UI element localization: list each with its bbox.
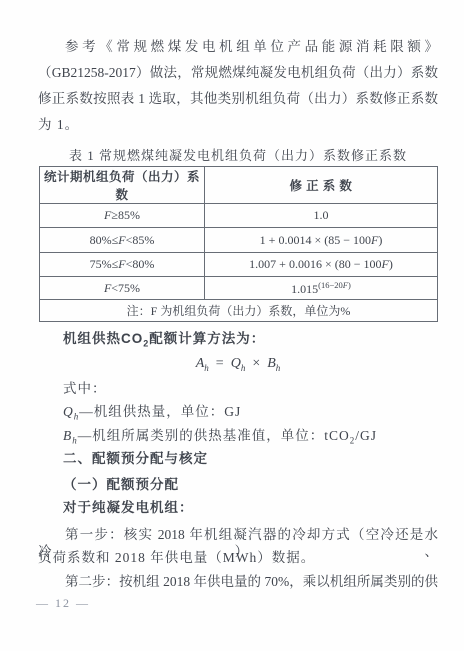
- para1-line4: 为 1。: [38, 116, 438, 133]
- condition-text: <75%: [111, 281, 140, 295]
- formula-A-sub: h: [204, 363, 209, 373]
- f-variable: F: [118, 233, 125, 247]
- formula-Q: Q: [231, 356, 241, 371]
- exponent-text: (16−20: [318, 280, 343, 290]
- page-number: — 12 —: [36, 596, 90, 611]
- condition-cell: 75%≤F<80%: [40, 253, 205, 277]
- q-definition: Qh—机组供热量，单位：GJ: [38, 403, 438, 426]
- para1-line2: （GB21258-2017）做法，常规燃煤纯凝发电机组负荷（出力）系数: [38, 64, 438, 81]
- condition-text: <85%: [126, 233, 155, 247]
- table-header-col1: 统计期机组负荷（出力）系数: [40, 167, 205, 204]
- b-definition: Bh—机组所属类别的供热基准值，单位：tCO2/GJ: [38, 427, 438, 450]
- table-row: 75%≤F<80% 1.007 + 0.0016 × (80 − 100F): [40, 253, 438, 277]
- table-row: 80%≤F<85% 1 + 0.0014 × (85 − 100F): [40, 228, 438, 253]
- document-page: 参考《常规燃煤发电机组单位产品能源消耗限额》 （GB21258-2017）做法，…: [0, 0, 464, 651]
- value-text: 1.015: [291, 282, 318, 296]
- correction-factor-table: 统计期机组负荷（出力）系数 修 正 系 数 F≥85% 1.0 80%≤F<85…: [39, 166, 438, 322]
- where-label: 式中：: [38, 380, 438, 397]
- q-symbol: Q: [63, 404, 74, 419]
- q-definition-text: —机组供热量，单位：GJ: [79, 404, 241, 419]
- formula-Q-sub: h: [241, 363, 246, 373]
- heat-formula-heading: 机组供热CO2配额计算方法为：: [38, 330, 438, 353]
- b-definition-text: —机组所属类别的供热基准值，单位：tCO: [78, 428, 350, 443]
- formula-B: B: [267, 356, 276, 371]
- table-note-row: 注：F 为机组负荷（出力）系数，单位为%: [40, 300, 438, 322]
- f-variable: F: [381, 257, 388, 271]
- equals-sign: =: [216, 356, 224, 371]
- heat-allowance-formula: Ah=Qh×Bh: [38, 356, 438, 373]
- section2-sub-heading: （一）配额预分配: [38, 476, 438, 493]
- value-text: ): [378, 233, 382, 247]
- b-definition-unit: /GJ: [355, 428, 377, 443]
- f-variable: F: [118, 257, 125, 271]
- condition-text: ≥85%: [111, 208, 140, 222]
- exponent: (16−20F): [318, 280, 351, 290]
- formula-A: A: [196, 356, 205, 371]
- section2-heading: 二、配额预分配与核定: [38, 450, 438, 467]
- table-note-cell: 注：F 为机组负荷（出力）系数，单位为%: [40, 300, 438, 322]
- condition-text: 75%≤: [90, 257, 119, 271]
- para1-line1: 参考《常规燃煤发电机组单位产品能源消耗限额》: [38, 38, 438, 55]
- heading-text: 配额计算方法为：: [149, 331, 265, 346]
- table-row: F<75% 1.015(16−20F): [40, 277, 438, 300]
- table-header-col2: 修 正 系 数: [205, 167, 438, 204]
- value-text: 1.0: [314, 208, 329, 222]
- condition-cell: 80%≤F<85%: [40, 228, 205, 253]
- value-cell: 1.015(16−20F): [205, 277, 438, 300]
- value-text: 1 + 0.0014 × (85 − 100: [260, 233, 371, 247]
- table-row: F≥85% 1.0: [40, 204, 438, 228]
- step1-line2: 负荷系数和 2018 年供电量（MWh）数据。: [38, 549, 438, 566]
- condition-text: 80%≤: [90, 233, 119, 247]
- condition-cell: F≥85%: [40, 204, 205, 228]
- condition-text: <80%: [126, 257, 155, 271]
- table-header-row: 统计期机组负荷（出力）系数 修 正 系 数: [40, 167, 438, 204]
- step2-line1: 第二步：按机组 2018 年供电量的 70%，乘以机组所属类别的供: [38, 573, 438, 590]
- multiply-sign: ×: [252, 356, 260, 371]
- table-title: 表 1 常规燃煤纯凝发电机组负荷（出力）系数修正系数: [38, 145, 438, 164]
- value-text: ): [389, 257, 393, 271]
- para1-line3: 修正系数按照表 1 选取，其他类别机组负荷（出力）系数修正系数: [38, 90, 438, 107]
- pure-condensing-heading: 对于纯凝发电机组：: [38, 499, 438, 516]
- heading-text: 机组供热CO: [63, 331, 143, 346]
- value-text: 1.007 + 0.0016 × (80 − 100: [249, 257, 381, 271]
- exponent-text: ): [348, 280, 351, 290]
- b-symbol: B: [63, 428, 72, 443]
- formula-B-sub: h: [276, 363, 281, 373]
- condition-cell: F<75%: [40, 277, 205, 300]
- value-cell: 1.0: [205, 204, 438, 228]
- value-cell: 1 + 0.0014 × (85 − 100F): [205, 228, 438, 253]
- value-cell: 1.007 + 0.0016 × (80 − 100F): [205, 253, 438, 277]
